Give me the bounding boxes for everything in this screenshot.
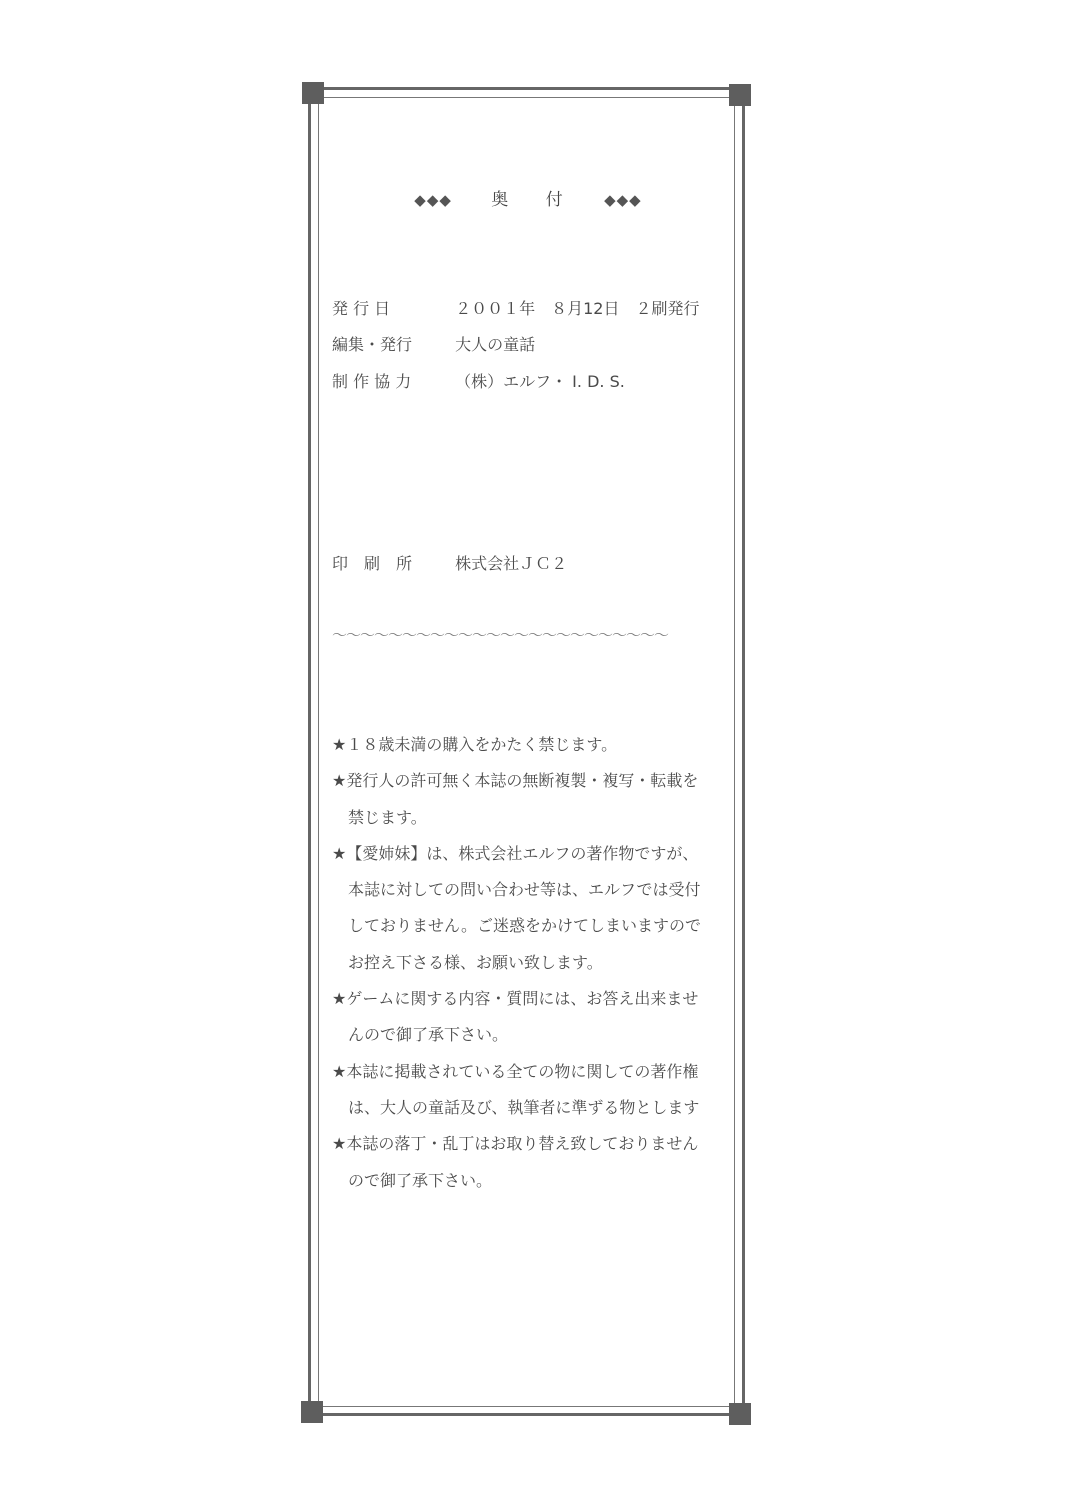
note-line: ★本誌の落丁・乱丁はお取り替え致しておりません [332,1132,732,1168]
tilde-divider: ～～～～～～～～～～～～～～～～～～～～～～～～ [332,624,722,645]
colophon-printer: 印 刷 所 株式会社ＪＣ２ [332,551,567,574]
frame-corner-bottom-right [729,1403,751,1425]
note-line: ので御了承下さい。 [332,1169,732,1205]
note-item: ★本誌に掲載されている全ての物に関しての著作権 は、大人の童話及び、執筆者に準ず… [332,1060,732,1133]
frame-corner-top-left [302,82,324,104]
colophon-label: 発 行 日 [332,296,450,319]
colophon-value: ２００１年 ８月12日 ２刷発行 [455,296,699,319]
frame-corner-top-right [729,84,751,106]
note-item: ★発行人の許可無く本誌の無断複製・複写・転載を 禁じます。 [332,769,732,842]
note-item: ★【愛姉妹】は、株式会社エルフの著作物ですが、 本誌に対しての問い合わせ等は、エ… [332,842,732,987]
note-line: お控え下さる様、お願い致します。 [332,951,732,987]
frame-right-outer [742,97,745,1413]
colophon-label: 編集・発行 [332,332,450,355]
note-line: ★ゲームに関する内容・質問には、お答え出来ませ [332,987,732,1023]
frame-top-inner [320,97,736,98]
colophon-value: （株）エルフ・ I. D. S. [455,369,625,392]
colophon-label: 印 刷 所 [332,551,450,574]
colophon-value: 大人の童話 [455,332,535,355]
frame-top-outer [313,87,740,90]
colophon-cooperation: 制 作 協 力 （株）エルフ・ I. D. S. [332,369,625,392]
frame-right-inner [734,100,735,1404]
colophon-label: 制 作 協 力 [332,369,450,392]
colophon-publish-date: 発 行 日 ２００１年 ８月12日 ２刷発行 [332,296,699,319]
note-line: しておりません。ご迷惑をかけてしまいますので [332,914,732,950]
frame-left-inner [318,100,319,1404]
note-line: ★発行人の許可無く本誌の無断複製・複写・転載を [332,769,732,805]
note-line: 本誌に対しての問い合わせ等は、エルフでは受付 [332,878,732,914]
note-item: ★ゲームに関する内容・質問には、お答え出来ませ んので御了承下さい。 [332,987,732,1060]
note-line: 禁じます。 [332,806,732,842]
notes-list: ★１８歳未満の購入をかたく禁じます。 ★発行人の許可無く本誌の無断複製・複写・転… [332,733,732,1205]
title-char-2: 付 [546,185,565,210]
frame-bottom-outer [312,1413,740,1416]
note-item: ★１８歳未満の購入をかたく禁じます。 [332,733,732,769]
page-title: ◆◆◆ 奥 付 ◆◆◆ [318,185,738,210]
frame-left-outer [308,95,311,1411]
diamond-ornament-left-icon: ◆◆◆ [414,191,452,209]
note-line: んので御了承下さい。 [332,1023,732,1059]
note-line: ★【愛姉妹】は、株式会社エルフの著作物ですが、 [332,842,732,878]
frame-bottom-inner [320,1406,736,1407]
note-line: ★１８歳未満の購入をかたく禁じます。 [332,733,732,769]
note-line: ★本誌に掲載されている全ての物に関しての著作権 [332,1060,732,1096]
frame-corner-bottom-left [301,1401,323,1423]
colophon-publisher: 編集・発行 大人の童話 [332,332,535,355]
diamond-ornament-right-icon: ◆◆◆ [604,191,642,209]
colophon-value: 株式会社ＪＣ２ [455,551,567,574]
note-item: ★本誌の落丁・乱丁はお取り替え致しておりません ので御了承下さい。 [332,1132,732,1205]
note-line: は、大人の童話及び、執筆者に準ずる物とします [332,1096,732,1132]
title-char-1: 奥 [491,185,510,210]
